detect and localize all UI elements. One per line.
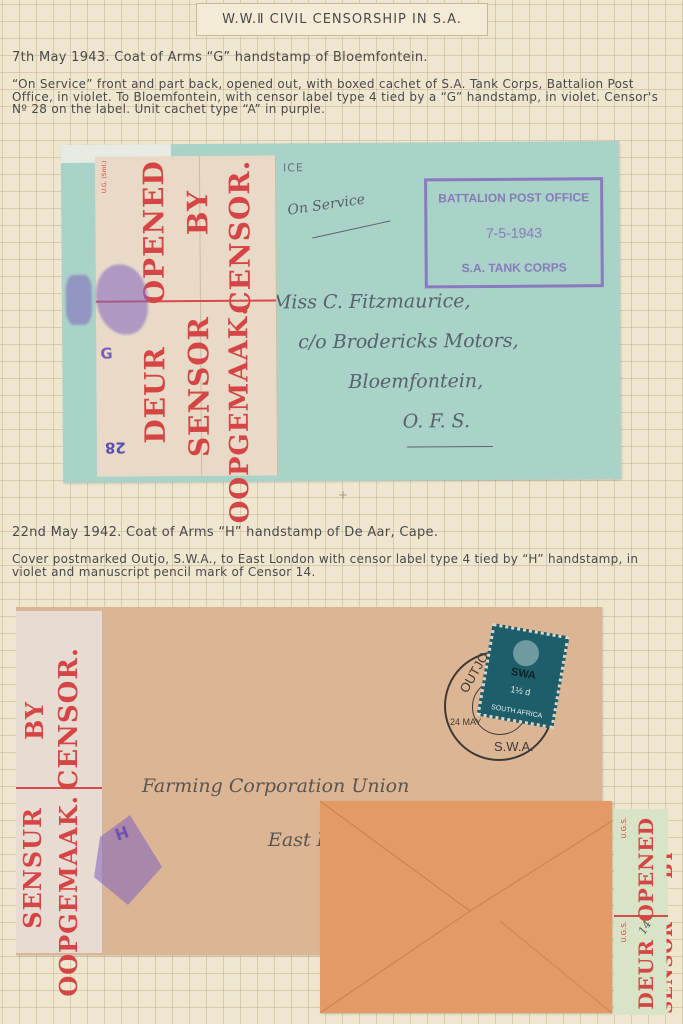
address-line-2: c/o Brodericks Motors, (298, 330, 519, 354)
battalion-post-office-cachet: BATTALION POST OFFICE 7-5-1943 S.A. TANK… (424, 177, 604, 288)
label-deur: DEUR (634, 939, 658, 1010)
address-line-2: Farming Corporation Union (142, 775, 409, 797)
censor-label-back: U.G.S. U.G.S. OPENED BY DEUR SENSOR 14 (614, 809, 668, 1015)
on-service-printed-fragment: ICE (283, 161, 304, 174)
label-oopgemaak: OOPGEMAAK. (54, 795, 83, 997)
postmark-region: S.W.A. (494, 739, 534, 754)
address-line-4: O. F. S. (403, 410, 470, 432)
label-by: BY (656, 849, 677, 879)
cachet-date: 7-5-1943 (486, 225, 542, 241)
cachet-line3: S.A. TANK CORPS (462, 260, 567, 275)
cachet-line1: BATTALION POST OFFICE (438, 190, 589, 205)
label-oopgemaak: OOPGEMAAK. (224, 306, 256, 524)
on-service-manuscript: On Service (287, 191, 367, 218)
coat-of-arms-figure (66, 275, 92, 325)
label-by: BY (181, 190, 214, 235)
coat-of-arms-handstamp-h: H (90, 807, 166, 907)
label-imprint-upper: U.G.S. (620, 817, 628, 839)
stamp-pilot-portrait (511, 638, 541, 668)
address-line-1: Miss C. Fitzmaurice, (272, 290, 471, 313)
postage-stamp-swa-overprint: SWA 1½ d SOUTH AFRICA (476, 623, 569, 729)
label-censor: CENSOR. (54, 647, 84, 790)
label-sensor: SENSOR (182, 316, 216, 457)
postmark-date: 24 MAY (450, 717, 481, 727)
section2-heading: 22nd May 1942. Coat of Arms “H” handstam… (12, 525, 438, 540)
cover-1-on-service-front: ICE On Service BATTALION POST OFFICE 7-5… (61, 141, 621, 483)
label-by: BY (20, 701, 49, 740)
handstamp-letter-g: G (100, 345, 112, 363)
envelope-flap-lines (320, 801, 612, 1013)
address-line-3: Bloemfontein, (348, 370, 483, 393)
address-underline (407, 446, 493, 448)
label-printer-imprint: U.G. (Sml.) (101, 161, 108, 194)
manuscript-stroke (312, 220, 390, 238)
label-imprint-lower: U.G.S. (620, 921, 628, 943)
section2-description: Cover postmarked Outjo, S.W.A., to East … (12, 553, 674, 578)
label-opened: OPENED (634, 817, 658, 922)
section1-heading: 7th May 1943. Coat of Arms “G” handstamp… (12, 50, 428, 65)
label-censor: CENSOR. (223, 160, 257, 314)
page-center-mark: + (338, 488, 348, 502)
label-sensur: SENSUR (18, 807, 47, 929)
page-title: W.W.Ⅱ CIVIL CENSORSHIP IN S.A. (196, 3, 488, 36)
cover-2-back (320, 801, 612, 1013)
section1-description: “On Service” front and part back, opened… (12, 78, 674, 116)
label-sensor: SENSOR (656, 921, 677, 1014)
censor-number: 28 (105, 439, 126, 457)
label-deur: DEUR (138, 346, 172, 444)
